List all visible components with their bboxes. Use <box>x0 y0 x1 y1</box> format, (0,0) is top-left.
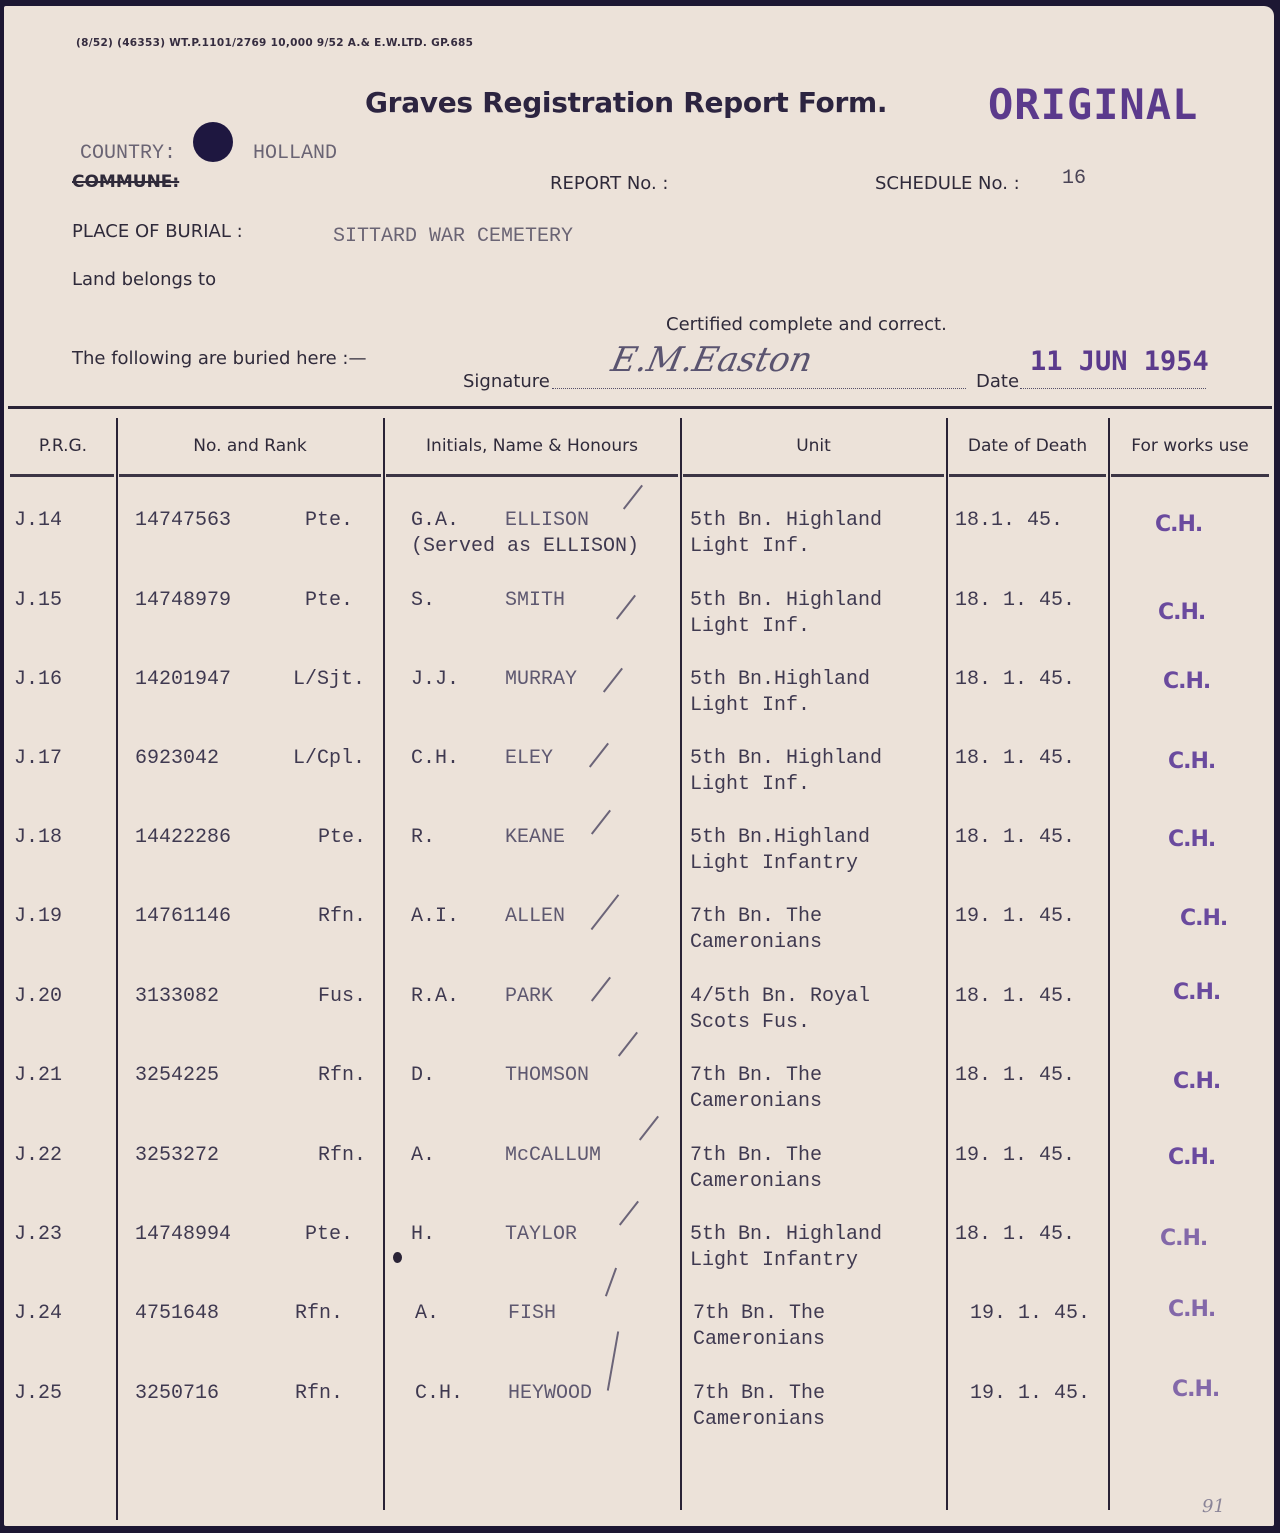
rank: Rfn. <box>295 1301 343 1327</box>
land-belongs-label: Land belongs to <box>72 269 216 290</box>
prg: J.14 <box>14 508 62 534</box>
unit-line-1: 7th Bn. The <box>690 904 822 930</box>
initials: C.H. <box>415 1381 463 1407</box>
prg: J.19 <box>14 904 62 930</box>
certified-label: Certified complete and correct. <box>666 314 947 335</box>
table-row: J.23 14748994 Pte. H. TAYLOR 5th Bn. Hig… <box>0 1222 1280 1302</box>
surname: FISH <box>508 1301 556 1327</box>
works-stamp: C.H. <box>1168 1297 1215 1322</box>
date-of-death: 18. 1. 45. <box>955 825 1075 851</box>
table-row: J.20 3133082 Fus. R.A. PARK 4/5th Bn. Ro… <box>0 984 1280 1064</box>
header-unit: Unit <box>681 436 946 456</box>
service-number: 3253272 <box>135 1143 219 1169</box>
prg: J.24 <box>14 1301 62 1327</box>
initials: S. <box>411 588 435 614</box>
date-of-death: 19. 1. 45. <box>970 1381 1090 1407</box>
header-rule <box>119 474 381 477</box>
check-mark-icon <box>603 668 623 693</box>
surname: MURRAY <box>505 667 577 693</box>
unit-line-2: Light Inf. <box>690 614 810 640</box>
date-of-death: 18. 1. 45. <box>955 746 1075 772</box>
table-row: J.17 6923042 L/Cpl. C.H. ELEY 5th Bn. Hi… <box>0 746 1280 826</box>
date-of-death: 18. 1. 45. <box>955 588 1075 614</box>
rank: L/Cpl. <box>293 746 365 772</box>
works-stamp: C.H. <box>1158 600 1205 625</box>
unit-line-2: Light Inf. <box>690 772 810 798</box>
prg: J.21 <box>14 1063 62 1089</box>
header-rule <box>683 474 944 477</box>
unit-line-1: 7th Bn. The <box>690 1143 822 1169</box>
unit-line-1: 5th Bn. Highland <box>690 746 882 772</box>
service-number: 14748979 <box>135 588 231 614</box>
date-line <box>1020 388 1206 389</box>
prg: J.23 <box>14 1222 62 1248</box>
date-of-death: 19. 1. 45. <box>970 1301 1090 1327</box>
surname: THOMSON <box>505 1063 589 1089</box>
schedule-no-label: SCHEDULE No. : <box>875 173 1020 194</box>
buried-here-label: The following are buried here :— <box>72 348 366 369</box>
page-number-pencil: 91 <box>1202 1496 1225 1517</box>
original-stamp: ORIGINAL <box>988 80 1198 129</box>
service-number: 14747563 <box>135 508 231 534</box>
unit-line-1: 5th Bn.Highland <box>690 825 870 851</box>
unit-line-1: 5th Bn. Highland <box>690 508 882 534</box>
name-note: (Served as ELLISON) <box>411 534 639 560</box>
rank: Rfn. <box>295 1381 343 1407</box>
unit-line-1: 5th Bn. Highland <box>690 1222 882 1248</box>
surname: PARK <box>505 984 553 1010</box>
surname: TAYLOR <box>505 1222 577 1248</box>
signature-line <box>552 388 966 389</box>
date-of-death: 19. 1. 45. <box>955 904 1075 930</box>
unit-line-2: Light Infantry <box>690 1248 858 1274</box>
rank: Rfn. <box>318 1063 366 1089</box>
table-row: J.25 3250716 Rfn. C.H. HEYWOOD 7th Bn. T… <box>0 1381 1280 1461</box>
initials: C.H. <box>411 746 459 772</box>
service-number: 14201947 <box>135 667 231 693</box>
surname: KEANE <box>505 825 565 851</box>
initials: D. <box>411 1063 435 1089</box>
rank: L/Sjt. <box>293 667 365 693</box>
signature-label: Signature <box>463 371 550 392</box>
unit-line-1: 5th Bn. Highland <box>690 588 882 614</box>
works-stamp: C.H. <box>1160 1226 1207 1251</box>
date-of-death: 18. 1. 45. <box>955 1063 1075 1089</box>
schedule-no-value: 16 <box>1062 167 1086 190</box>
works-stamp: C.H. <box>1173 1069 1220 1094</box>
rank: Pte. <box>305 1222 353 1248</box>
report-no-label: REPORT No. : <box>550 173 669 194</box>
prg: J.16 <box>14 667 62 693</box>
unit-line-2: Scots Fus. <box>690 1010 810 1036</box>
service-number: 3254225 <box>135 1063 219 1089</box>
table-row: J.24 4751648 Rfn. A. FISH 7th Bn. The Ca… <box>0 1301 1280 1381</box>
table-row: J.15 14748979 Pte. S. SMITH 5th Bn. High… <box>0 588 1280 668</box>
unit-line-2: Cameronians <box>690 1089 822 1115</box>
place-of-burial-label: PLACE OF BURIAL : <box>72 221 243 242</box>
rank: Rfn. <box>318 904 366 930</box>
header-prg: P.R.G. <box>10 436 116 456</box>
rank: Pte. <box>305 588 353 614</box>
print-reference-line: (8/52) (46353) WT.P.1101/2769 10,000 9/5… <box>76 37 473 49</box>
unit-line-2: Cameronians <box>690 930 822 956</box>
prg: J.25 <box>14 1381 62 1407</box>
check-mark-icon <box>589 743 609 768</box>
header-rule <box>1111 474 1269 477</box>
header-works-use: For works use <box>1109 436 1271 456</box>
commune-label: COMMUNE: <box>72 172 179 192</box>
initials: A. <box>415 1301 439 1327</box>
service-number: 6923042 <box>135 746 219 772</box>
rank: Pte. <box>305 508 353 534</box>
surname: ALLEN <box>505 904 565 930</box>
initials: R.A. <box>411 984 459 1010</box>
header-rule <box>949 474 1106 477</box>
prg: J.15 <box>14 588 62 614</box>
unit-line-2: Light Inf. <box>690 693 810 719</box>
unit-line-1: 7th Bn. The <box>693 1301 825 1327</box>
signature-value: E.M.Easton <box>608 340 816 380</box>
works-stamp: C.H. <box>1168 827 1215 852</box>
header-no-rank: No. and Rank <box>117 436 383 456</box>
table-row: J.21 3254225 Rfn. D. THOMSON 7th Bn. The… <box>0 1063 1280 1143</box>
country-label: COUNTRY: <box>80 142 176 165</box>
unit-line-1: 7th Bn. The <box>690 1063 822 1089</box>
initials: H. <box>411 1222 435 1248</box>
surname: HEYWOOD <box>508 1381 592 1407</box>
place-of-burial-value: SITTARD WAR CEMETERY <box>333 225 573 248</box>
unit-line-2: Light Infantry <box>690 851 858 877</box>
initials: A.I. <box>411 904 459 930</box>
initials: J.J. <box>411 667 459 693</box>
check-mark-icon <box>616 595 636 620</box>
works-stamp: C.H. <box>1180 906 1227 931</box>
unit-line-2: Cameronians <box>693 1407 825 1433</box>
table-top-rule <box>8 406 1272 409</box>
header-rule <box>386 474 678 477</box>
works-stamp: C.H. <box>1168 1145 1215 1170</box>
page-title: Graves Registration Report Form. <box>365 86 887 119</box>
works-stamp: C.H. <box>1173 980 1220 1005</box>
date-stamp: 11 JUN 1954 <box>1030 346 1209 377</box>
unit-line-2: Light Inf. <box>690 534 810 560</box>
unit-line-1: 7th Bn. The <box>693 1381 825 1407</box>
header-rule <box>10 474 114 477</box>
prg: J.18 <box>14 825 62 851</box>
date-of-death: 18. 1. 45. <box>955 984 1075 1010</box>
surname: SMITH <box>505 588 565 614</box>
date-of-death: 19. 1. 45. <box>955 1143 1075 1169</box>
service-number: 4751648 <box>135 1301 219 1327</box>
unit-line-2: Cameronians <box>693 1327 825 1353</box>
initials: A. <box>411 1143 435 1169</box>
ink-blot <box>393 1252 402 1263</box>
unit-line-2: Cameronians <box>690 1169 822 1195</box>
country-value: HOLLAND <box>253 142 337 165</box>
works-stamp: C.H. <box>1155 512 1202 537</box>
service-number: 3133082 <box>135 984 219 1010</box>
initials: R. <box>411 825 435 851</box>
table-row: J.14 14747563 Pte. G.A. ELLISON (Served … <box>0 508 1280 588</box>
rank: Fus. <box>318 984 366 1010</box>
service-number: 14422286 <box>135 825 231 851</box>
surname: McCALLUM <box>505 1143 601 1169</box>
surname: ELLISON <box>505 508 589 534</box>
date-label: Date <box>976 371 1019 392</box>
unit-line-1: 5th Bn.Highland <box>690 667 870 693</box>
rank: Rfn. <box>318 1143 366 1169</box>
table-row: J.22 3253272 Rfn. A. McCALLUM 7th Bn. Th… <box>0 1143 1280 1223</box>
service-number: 3250716 <box>135 1381 219 1407</box>
works-stamp: C.H. <box>1168 749 1215 774</box>
header-date-of-death: Date of Death <box>947 436 1108 456</box>
works-stamp: C.H. <box>1172 1377 1219 1402</box>
table-row: J.18 14422286 Pte. R. KEANE 5th Bn.Highl… <box>0 825 1280 905</box>
service-number: 14748994 <box>135 1222 231 1248</box>
date-of-death: 18. 1. 45. <box>955 1222 1075 1248</box>
punch-hole-icon <box>193 122 233 162</box>
prg: J.22 <box>14 1143 62 1169</box>
initials: G.A. <box>411 508 459 534</box>
prg: J.20 <box>14 984 62 1010</box>
unit-line-1: 4/5th Bn. Royal <box>690 984 870 1010</box>
date-of-death: 18.1. 45. <box>955 508 1063 534</box>
table-row: J.19 14761146 Rfn. A.I. ALLEN 7th Bn. Th… <box>0 904 1280 984</box>
header-name: Initials, Name & Honours <box>384 436 680 456</box>
service-number: 14761146 <box>135 904 231 930</box>
date-of-death: 18. 1. 45. <box>955 667 1075 693</box>
prg: J.17 <box>14 746 62 772</box>
rank: Pte. <box>318 825 366 851</box>
table-row: J.16 14201947 L/Sjt. J.J. MURRAY 5th Bn.… <box>0 667 1280 747</box>
works-stamp: C.H. <box>1163 669 1210 694</box>
surname: ELEY <box>505 746 553 772</box>
